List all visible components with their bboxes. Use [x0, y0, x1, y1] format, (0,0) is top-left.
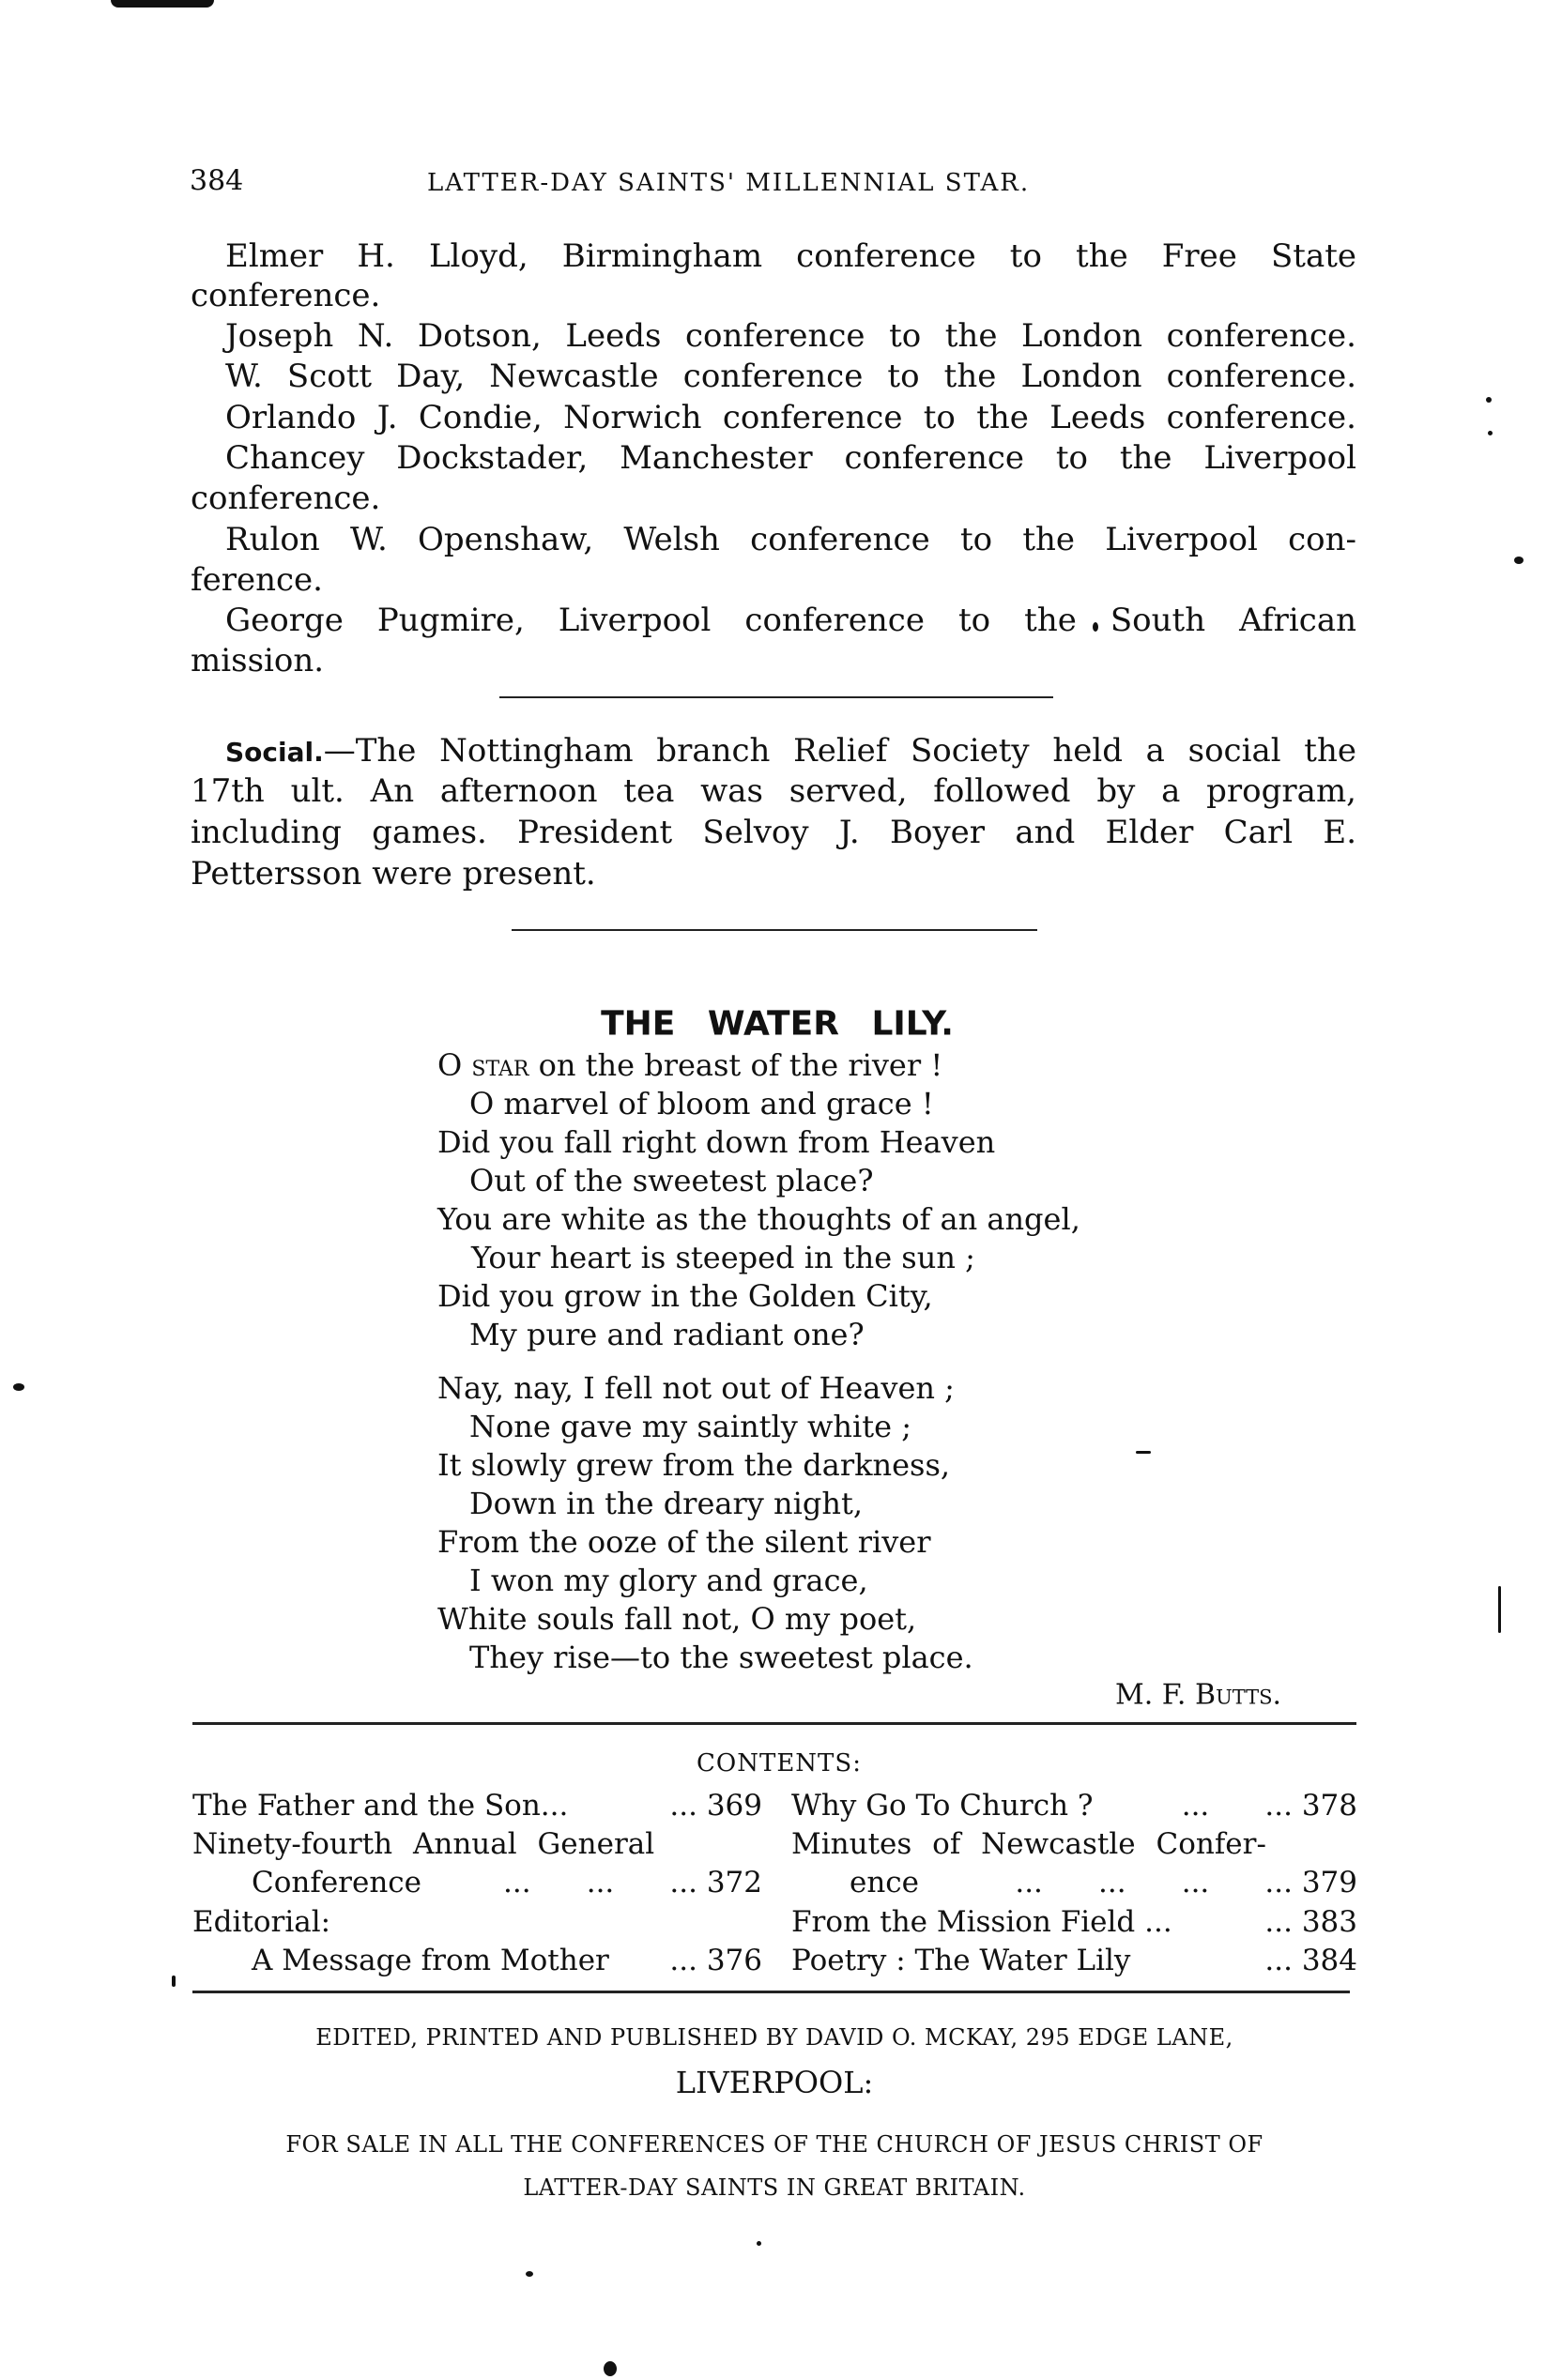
social-line: including games. President Selvoy J. Boy… — [191, 814, 1356, 851]
poem-line: It slowly grew from the darkness, — [437, 1447, 950, 1483]
scan-speck — [757, 2241, 761, 2246]
transfer-line: conference. — [191, 277, 380, 314]
contents-bottom-rule — [192, 1991, 1350, 1993]
scan-speck — [1093, 622, 1098, 632]
section-divider — [512, 929, 1037, 931]
poem-title: THE WATER LILY. — [601, 1005, 954, 1044]
transfer-line: Joseph N. Dotson, Leeds conference to th… — [225, 317, 1356, 355]
toc-entry[interactable]: A Message from Mother... 376 — [252, 1944, 762, 1977]
social-line: Pettersson were present. — [191, 855, 596, 892]
poem-line: O star on the breast of the river ! — [437, 1047, 942, 1083]
poem-line: Your heart is steeped in the sun ; — [471, 1240, 975, 1275]
poem-line: They rise—to the sweetest place. — [469, 1640, 973, 1675]
poem-line: None gave my saintly white ; — [469, 1409, 911, 1444]
scan-speck — [526, 2271, 533, 2277]
poem-line: Nay, nay, I fell not out of Heaven ; — [437, 1370, 955, 1406]
section-divider — [499, 696, 1053, 698]
contents-top-rule — [192, 1722, 1356, 1725]
poem-line: Out of the sweetest place? — [469, 1163, 873, 1198]
scan-speck — [1488, 431, 1493, 435]
toc-entry[interactable]: ence... ... ... ... 379 — [850, 1866, 1357, 1899]
transfer-line: Elmer H. Lloyd, Birmingham conference to… — [225, 237, 1356, 275]
transfer-line: conference. — [191, 480, 380, 517]
toc-entry[interactable]: From the Mission Field ...... 383 — [791, 1905, 1357, 1939]
toc-entry[interactable]: Poetry : The Water Lily... 384 — [791, 1944, 1357, 1977]
scan-speck — [1514, 557, 1524, 564]
social-line: 17th ult. An afternoon tea was served, f… — [191, 772, 1356, 810]
transfer-line: ference. — [191, 561, 323, 599]
toc-entry[interactable]: Conference... ... ... 372 — [252, 1866, 762, 1899]
toc-entry[interactable]: Minutes of Newcastle Confer- — [791, 1827, 1317, 1861]
poem-line: You are white as the thoughts of an ange… — [437, 1201, 1080, 1237]
poem-line: O marvel of bloom and grace ! — [469, 1086, 934, 1121]
transfer-line: Chancey Dockstader, Manchester conferenc… — [225, 439, 1356, 477]
poem-line: I won my glory and grace, — [469, 1563, 868, 1598]
running-head-title: LATTER-DAY SAINTS' MILLENNIAL STAR. — [427, 169, 1030, 197]
scan-artifact — [111, 0, 214, 8]
transfer-line: George Pugmire, Liverpool conference to … — [225, 602, 1356, 639]
social-line: Social.—The Nottingham branch Relief Soc… — [225, 732, 1356, 771]
imprint-line: FOR SALE IN ALL THE CONFERENCES OF THE C… — [285, 2131, 1263, 2158]
scan-speck — [604, 2361, 617, 2376]
social-lead: Social. — [225, 737, 324, 768]
imprint-line: EDITED, PRINTED AND PUBLISHED BY DAVID O… — [315, 2024, 1233, 2051]
transfer-line: Rulon W. Openshaw, Welsh conference to t… — [225, 521, 1356, 558]
contents-title: CONTENTS: — [697, 1749, 862, 1777]
imprint-line: LATTER-DAY SAINTS IN GREAT BRITAIN. — [523, 2174, 1025, 2201]
imprint-city: LIVERPOOL: — [676, 2065, 873, 2100]
scan-speck — [172, 1976, 176, 1987]
toc-entry[interactable]: Why Go To Church ?... ... 378 — [791, 1789, 1357, 1823]
toc-entry[interactable]: Ninety-fourth Annual General — [192, 1827, 718, 1861]
scan-speck — [1498, 1586, 1501, 1633]
scan-speck — [1486, 397, 1492, 403]
social-text: —The Nottingham branch Relief Society he… — [324, 732, 1356, 770]
transfer-line: W. Scott Day, Newcastle conference to th… — [225, 358, 1356, 395]
transfer-line: mission. — [191, 642, 324, 679]
poem-line: Down in the dreary night, — [469, 1486, 863, 1521]
scan-speck — [13, 1383, 24, 1391]
poem-line: Did you fall right down from Heaven — [437, 1124, 995, 1160]
poem-author: M. F. Butts. — [1115, 1679, 1281, 1712]
poem-line: White souls fall not, O my poet, — [437, 1601, 916, 1637]
toc-entry[interactable]: The Father and the Son...... 369 — [192, 1789, 762, 1823]
scan-speck — [1136, 1451, 1151, 1454]
toc-entry: Editorial: — [192, 1905, 330, 1939]
page-number: 384 — [190, 165, 243, 198]
poem-line: My pure and radiant one? — [469, 1317, 865, 1352]
poem-line: Did you grow in the Golden City, — [437, 1278, 933, 1314]
transfer-line: Orlando J. Condie, Norwich conference to… — [225, 399, 1356, 436]
poem-line: From the ooze of the silent river — [437, 1524, 931, 1560]
